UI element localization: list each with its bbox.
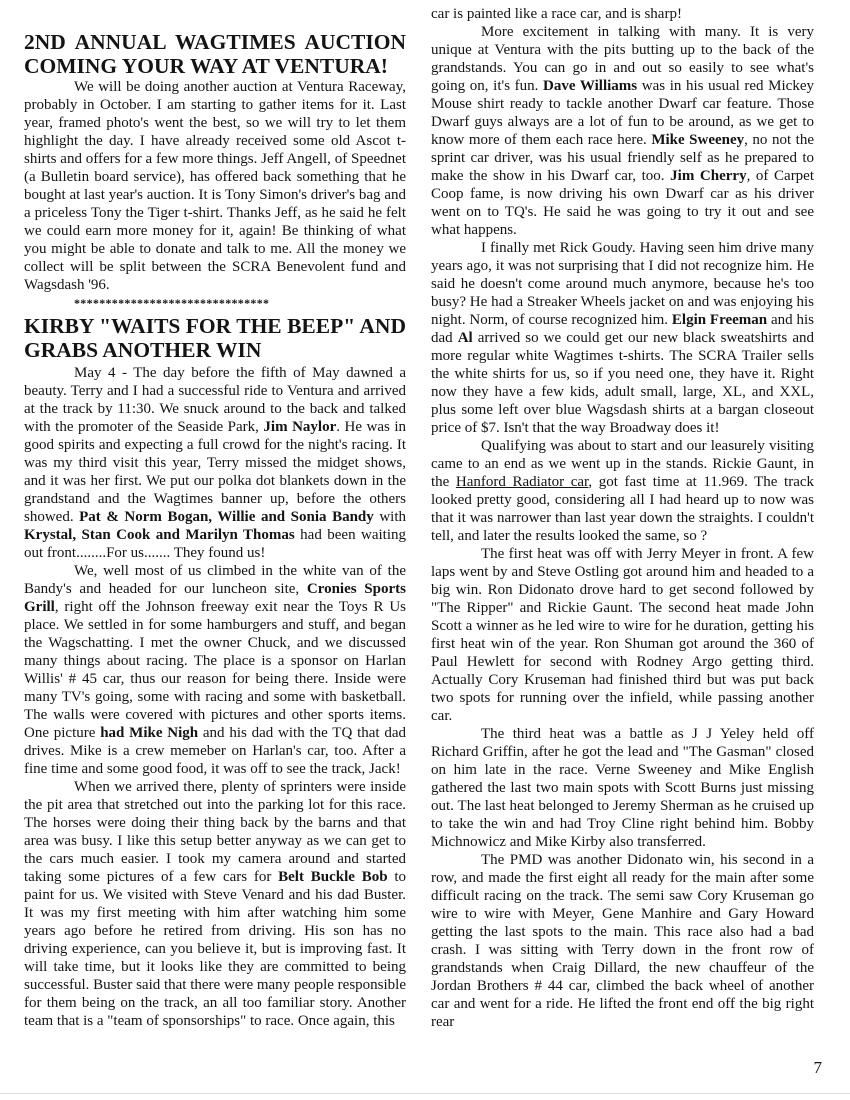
article2-title: KIRBY "WAITS FOR THE BEEP" AND [24, 314, 406, 338]
highlighted-name: Dave Williams [543, 78, 637, 94]
page-number: 7 [814, 1058, 823, 1078]
article2-title-line1: KIRBY "WAITS FOR THE BEEP" AND [24, 314, 406, 338]
article2-title-line2: GRABS ANOTHER WIN [24, 338, 261, 362]
article2-paragraph-6: Qualifying was about to start and our le… [431, 437, 814, 545]
highlighted-name: Mike Sweeney [651, 132, 744, 148]
highlighted-name: Elgin Freeman [672, 312, 767, 328]
highlighted-name: Al [458, 330, 473, 346]
article2-paragraph-8: The third heat was a battle as J J Yeley… [431, 725, 814, 851]
section-separator: ******************************* [24, 296, 406, 310]
name-belt-buckle-bob: Belt Buckle Bob [278, 869, 387, 885]
article2-paragraph-2: We, well most of us climbed in the white… [24, 562, 406, 778]
text-run: to paint for us. We visited with Steve V… [24, 869, 406, 1029]
article1-title: 2ND ANNUAL WAGTIMES AUCTION [24, 30, 406, 54]
article2-paragraph-3: When we arrived there, plenty of sprinte… [24, 778, 406, 1030]
left-column: 2ND ANNUAL WAGTIMES AUCTION COMING YOUR … [24, 30, 406, 1030]
article1-paragraph: We will be doing another auction at Vent… [24, 78, 406, 294]
article2-paragraph-9: The PMD was another Didonato win, his se… [431, 851, 814, 1031]
article2-paragraph-7: The first heat was off with Jerry Meyer … [431, 545, 814, 725]
article2-paragraph-4: More excitement in talking with many. It… [431, 23, 814, 239]
article2-paragraph-5: I finally met Rick Goudy. Having seen hi… [431, 239, 814, 437]
name-jim-naylor: Jim Naylor [263, 419, 336, 435]
article1-title-line2-block: COMING YOUR WAY AT VENTURA! [24, 54, 406, 78]
article2-paragraph-1: May 4 - The day before the fifth of May … [24, 364, 406, 562]
names-krystal-cook-thomas: Krystal, Stan Cook and Marilyn Thomas [24, 527, 295, 543]
text-run: , right off the Johnson freeway exit nea… [24, 599, 406, 741]
article1-title-line2: COMING YOUR WAY AT VENTURA! [24, 54, 388, 78]
article2-title-line2-block: GRABS ANOTHER WIN [24, 338, 406, 362]
text-run: arrived so we could get our new black sw… [431, 330, 814, 436]
text-run: with [374, 509, 406, 525]
name-mike-nigh: had Mike Nigh [100, 725, 198, 741]
page-edge-divider [0, 1093, 850, 1094]
highlighted-name: Jim Cherry [670, 168, 746, 184]
article1-title-line1: 2ND ANNUAL WAGTIMES AUCTION [24, 30, 406, 54]
names-bogan-bandy: Pat & Norm Bogan, Willie and Sonia Bandy [79, 509, 374, 525]
right-column: car is painted like a race car, and is s… [431, 5, 814, 1031]
underlined-sponsor: Hanford Radiator car [456, 474, 589, 490]
article2-paragraph-3-continued: car is painted like a race car, and is s… [431, 5, 814, 23]
